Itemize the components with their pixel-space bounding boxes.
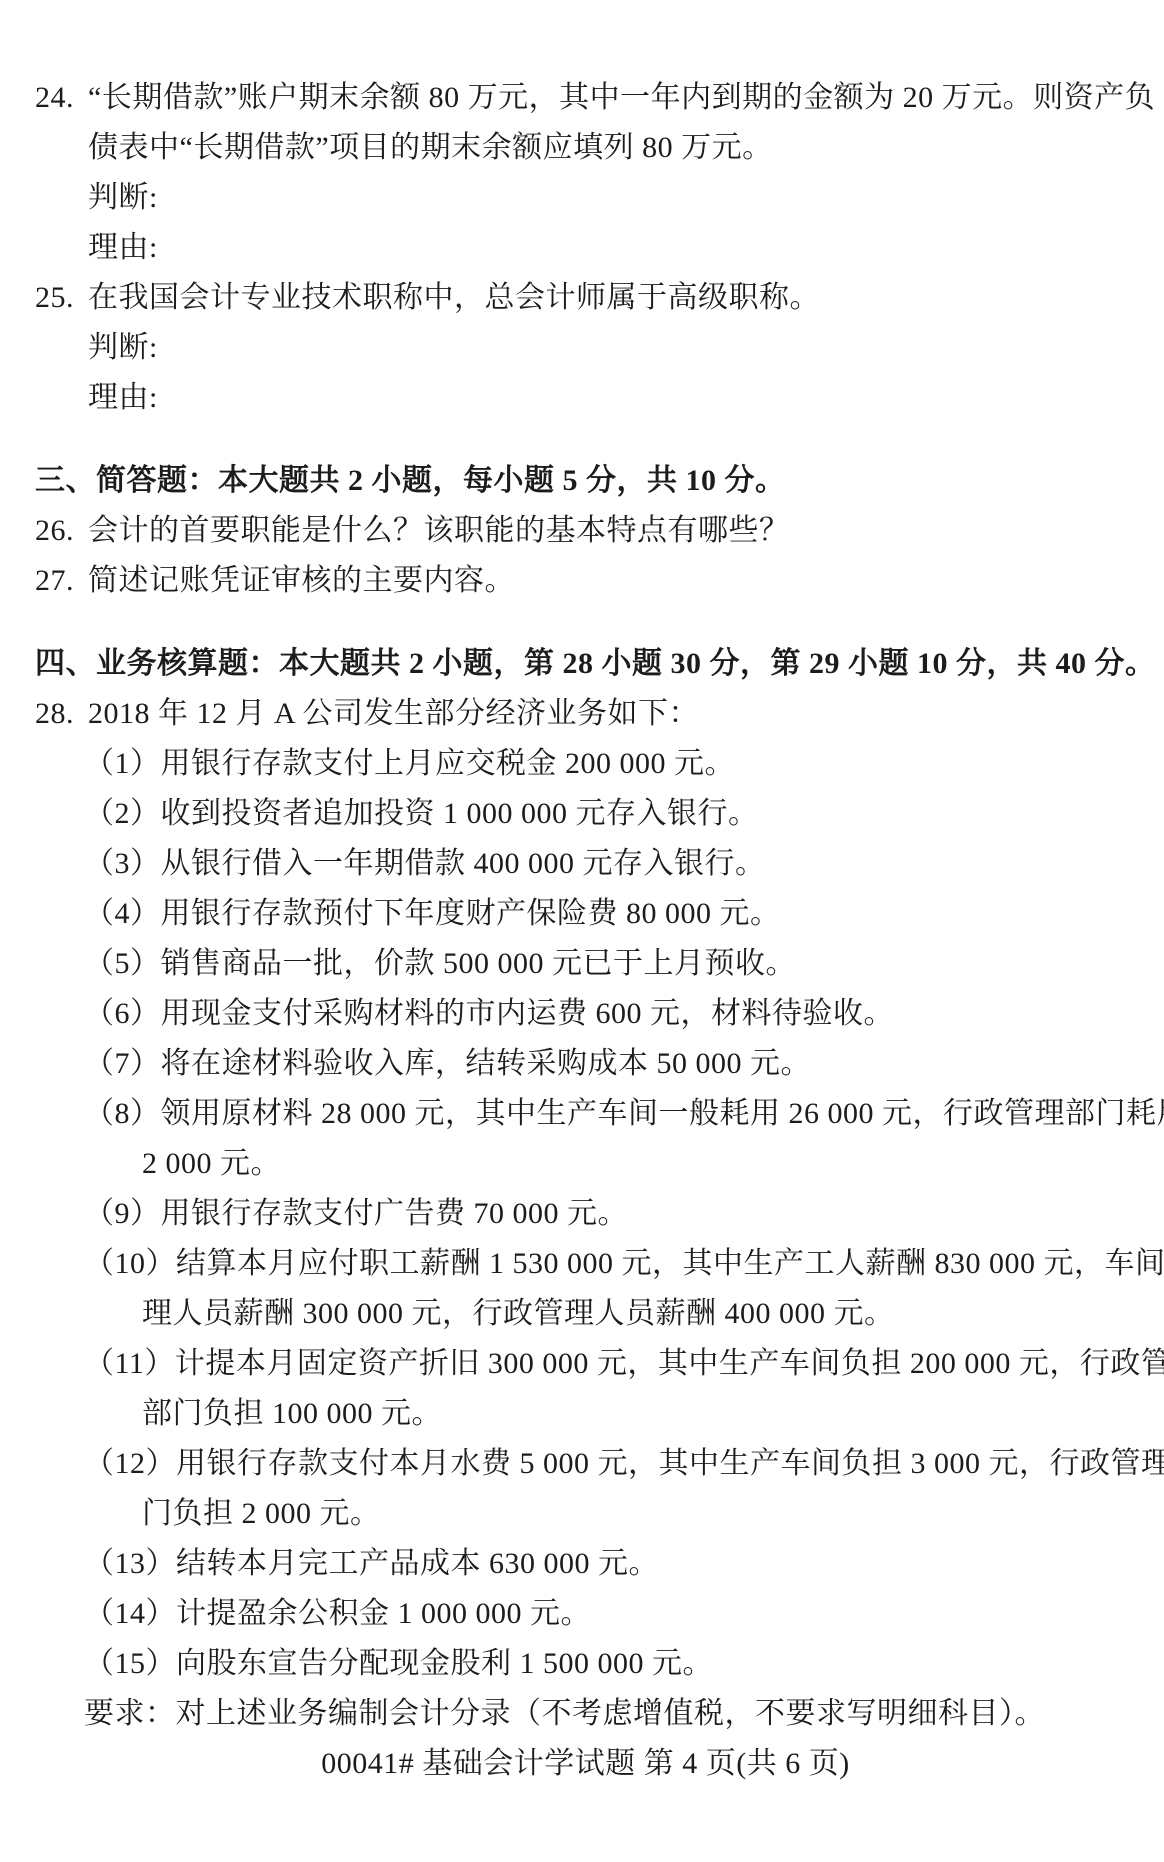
question-number: 24. — [35, 73, 88, 123]
transaction-1: （1）用银行存款支付上月应交税金 200 000 元。 — [35, 739, 1136, 789]
transaction-10-line-1: （10）结算本月应付职工薪酬 1 530 000 元，其中生产工人薪酬 830 … — [35, 1239, 1136, 1289]
exam-page: 24.“长期借款”账户期末余额 80 万元，其中一年内到期的金额为 20 万元。… — [0, 0, 1164, 1862]
transaction-13: （13）结转本月完工产品成本 630 000 元。 — [35, 1539, 1136, 1589]
question-number: 27. — [35, 556, 88, 606]
question-24-reason-label: 理由: — [35, 223, 1136, 273]
transaction-11-line-2: 部门负担 100 000 元。 — [35, 1389, 1136, 1439]
question-25-reason-label: 理由: — [35, 373, 1136, 423]
question-28-intro: 28.2018 年 12 月 A 公司发生部分经济业务如下： — [35, 689, 1136, 739]
transaction-6: （6）用现金支付采购材料的市内运费 600 元，材料待验收。 — [35, 989, 1136, 1039]
section-3-heading: 三、简答题：本大题共 2 小题，每小题 5 分，共 10 分。 — [35, 456, 1136, 506]
transaction-2: （2）收到投资者追加投资 1 000 000 元存入银行。 — [35, 789, 1136, 839]
transaction-10-line-2: 理人员薪酬 300 000 元，行政管理人员薪酬 400 000 元。 — [35, 1289, 1136, 1339]
requirement-line: 要求：对上述业务编制会计分录（不考虑增值税，不要求写明细科目）。 — [35, 1689, 1136, 1739]
transaction-12-line-2: 门负担 2 000 元。 — [35, 1489, 1136, 1539]
question-24-line-1: 24.“长期借款”账户期末余额 80 万元，其中一年内到期的金额为 20 万元。… — [35, 73, 1136, 123]
question-text: 在我国会计专业技术职称中，总会计师属于高级职称。 — [88, 281, 820, 314]
question-25: 25.在我国会计专业技术职称中，总会计师属于高级职称。 — [35, 273, 1136, 323]
transaction-4: （4）用银行存款预付下年度财产保险费 80 000 元。 — [35, 889, 1136, 939]
question-text: 债表中“长期借款”项目的期末余额应填列 80 万元。 — [88, 131, 773, 164]
question-27: 27.简述记账凭证审核的主要内容。 — [35, 556, 1136, 606]
question-text: 简述记账凭证审核的主要内容。 — [88, 564, 515, 597]
transaction-5: （5）销售商品一批，价款 500 000 元已于上月预收。 — [35, 939, 1136, 989]
section-4-heading: 四、业务核算题：本大题共 2 小题，第 28 小题 30 分，第 29 小题 1… — [35, 639, 1136, 689]
page-footer: 00041# 基础会计学试题 第 4 页(共 6 页) — [35, 1739, 1136, 1789]
question-text: 2018 年 12 月 A 公司发生部分经济业务如下： — [88, 697, 699, 730]
transaction-3: （3）从银行借入一年期借款 400 000 元存入银行。 — [35, 839, 1136, 889]
question-number: 28. — [35, 689, 88, 739]
question-26: 26.会计的首要职能是什么？该职能的基本特点有哪些？ — [35, 506, 1136, 556]
question-number: 25. — [35, 273, 88, 323]
question-24-line-2: 债表中“长期借款”项目的期末余额应填列 80 万元。 — [35, 123, 1136, 173]
transaction-14: （14）计提盈余公积金 1 000 000 元。 — [35, 1589, 1136, 1639]
transaction-8-line-2: 2 000 元。 — [35, 1139, 1136, 1189]
transaction-8-line-1: （8）领用原材料 28 000 元，其中生产车间一般耗用 26 000 元，行政… — [35, 1089, 1136, 1139]
transaction-12-line-1: （12）用银行存款支付本月水费 5 000 元，其中生产车间负担 3 000 元… — [35, 1439, 1136, 1489]
question-24-judge-label: 判断: — [35, 173, 1136, 223]
question-25-judge-label: 判断: — [35, 323, 1136, 373]
question-text: 会计的首要职能是什么？该职能的基本特点有哪些？ — [88, 514, 790, 547]
transaction-11-line-1: （11）计提本月固定资产折旧 300 000 元，其中生产车间负担 200 00… — [35, 1339, 1136, 1389]
page-footer-text: 00041# 基础会计学试题 第 4 页(共 6 页) — [321, 1747, 849, 1780]
transaction-7: （7）将在途材料验收入库，结转采购成本 50 000 元。 — [35, 1039, 1136, 1089]
transaction-15: （15）向股东宣告分配现金股利 1 500 000 元。 — [35, 1639, 1136, 1689]
transaction-9: （9）用银行存款支付广告费 70 000 元。 — [35, 1189, 1136, 1239]
question-text: “长期借款”账户期末余额 80 万元，其中一年内到期的金额为 20 万元。则资产… — [88, 81, 1155, 114]
question-number: 26. — [35, 506, 88, 556]
